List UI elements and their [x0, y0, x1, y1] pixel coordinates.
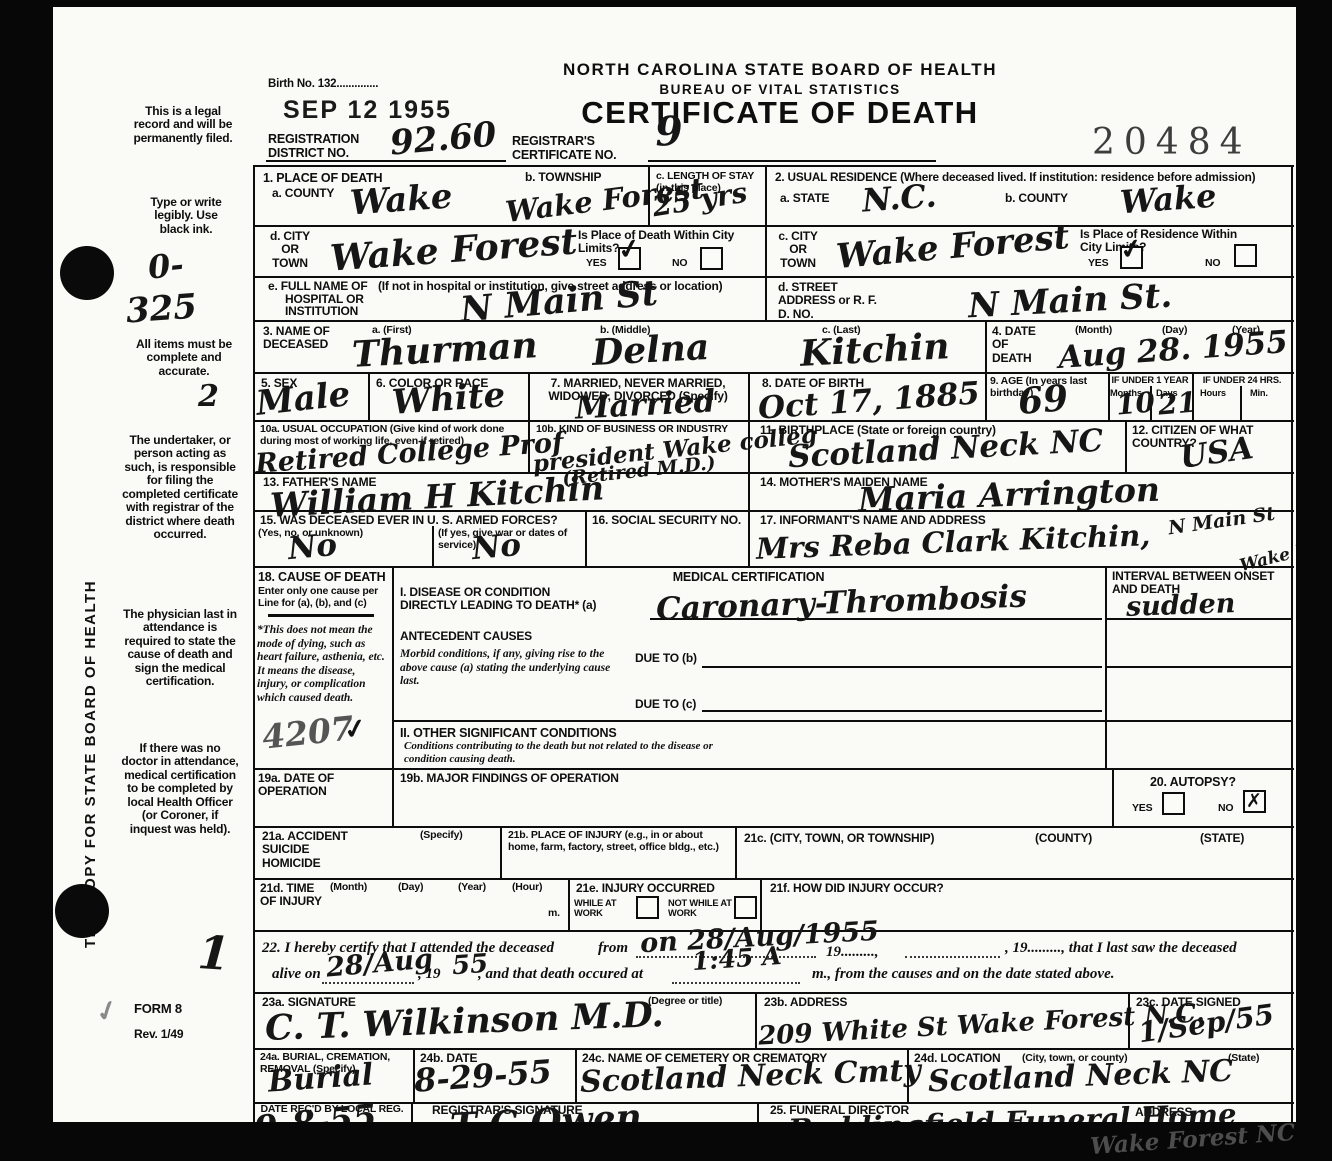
injury-state-label: (STATE)	[1200, 832, 1244, 845]
hours-label: Hours	[1200, 388, 1226, 398]
burial-value: Burial	[267, 1060, 374, 1097]
armed-forces-divider	[432, 526, 434, 566]
registration-district-value: 92.60	[389, 117, 498, 160]
date-of-death-title: 4. DATE OF DEATH	[992, 325, 1046, 365]
residence-city-label: c. CITY OR TOWN	[772, 230, 824, 270]
street-address-value: N Main St.	[967, 279, 1173, 324]
margin-note-no-doctor: If there was no doctor in attendance, me…	[120, 742, 240, 836]
registrar-certificate-line	[648, 160, 936, 162]
residence-limits-no-label: NO	[1205, 258, 1220, 270]
certification-text-3: m., from the causes and on the date stat…	[812, 966, 1115, 983]
armed-forces-yesno-value: No	[287, 530, 339, 565]
hours-min-divider	[1240, 386, 1242, 420]
birth-no-label: Birth No. 132..............	[268, 78, 378, 91]
interval-line-1	[1107, 618, 1292, 620]
death-month-label: (Month)	[1075, 325, 1112, 337]
how-injury-label: 21f. HOW DID INJURY OCCUR?	[770, 882, 943, 895]
not-while-at-work-label: NOT WHILE AT WORK	[668, 898, 732, 919]
accident-specify-label: (Specify)	[420, 830, 463, 842]
time-of-injury-label: 21d. TIME OF INJURY	[260, 882, 322, 909]
form-number: FORM 8	[134, 1002, 182, 1017]
interval-line-3	[1107, 720, 1292, 722]
death-limits-yes-label: YES	[586, 258, 606, 270]
disease-condition-label-2: DIRECTLY LEADING TO DEATH* (a)	[400, 599, 596, 612]
autopsy-no-xmark: ✗	[1246, 792, 1262, 811]
residence-limits-yes-label: YES	[1088, 258, 1108, 270]
burial-date-value: 8-29-55	[413, 1055, 553, 1097]
injury-year-label: (Year)	[458, 882, 486, 894]
physician-address-label: 23b. ADDRESS	[764, 996, 847, 1009]
autopsy-no-label: NO	[1218, 803, 1233, 815]
other-conditions-divider	[392, 720, 1105, 722]
certification-dots-3	[322, 982, 414, 984]
registration-district-line	[266, 160, 506, 162]
morbid-conditions-note: Morbid conditions, if any, giving rise t…	[400, 648, 632, 689]
margin-handwritten-2: 2	[198, 382, 219, 412]
residence-limits-yes-check: ✓	[1118, 234, 1145, 265]
first-name-value: Thurman	[351, 327, 538, 373]
residence-state-label: a. STATE	[780, 192, 829, 205]
cause-of-death-title: 18. CAUSE OF DEATH	[258, 570, 385, 584]
interval-value: sudden	[1126, 590, 1236, 621]
residence-limits-no-checkbox	[1234, 244, 1257, 267]
injury-county-label: (COUNTY)	[1035, 832, 1092, 845]
township-label: b. TOWNSHIP	[525, 171, 601, 184]
certification-death-at: , and that death occured at	[478, 966, 643, 983]
injury-city-label: 21c. (CITY, TOWN, OR TOWNSHIP)	[744, 832, 934, 845]
marital-status-value: Married	[574, 386, 716, 424]
residence-county-label: b. COUNTY	[1005, 192, 1068, 205]
autopsy-yes-label: YES	[1132, 803, 1152, 815]
interval-line-2	[1107, 666, 1292, 668]
place-of-injury-label: 21b. PLACE OF INJURY (e.g., in or about …	[508, 830, 730, 854]
cause-code-checkmark: ✓	[342, 714, 369, 745]
under-1-year-label: IF UNDER 1 YEAR	[1108, 375, 1192, 385]
cause-notes-divider	[268, 614, 374, 617]
scan-edge-left	[0, 0, 53, 1161]
registrar-certificate-label: REGISTRAR'S CERTIFICATE NO.	[512, 134, 642, 162]
margin-note-physician: The physician last in attendance is requ…	[122, 608, 238, 689]
months-value: 10	[1115, 388, 1156, 419]
margin-note-complete: All items must be complete and accurate.	[130, 338, 238, 378]
hole-punch-bottom	[55, 884, 109, 938]
injury-hour-label: (Hour)	[512, 882, 542, 894]
residence-county-value: Wake	[1119, 180, 1217, 219]
certification-alive-on: alive on	[272, 966, 321, 983]
board-title: NORTH CAROLINA STATE BOARD OF HEALTH	[450, 60, 1110, 79]
registrar-certificate-value: 9	[654, 111, 684, 152]
under-24-hrs-label: IF UNDER 24 HRS.	[1192, 375, 1292, 385]
county-label: a. COUNTY	[272, 187, 334, 200]
margin-handwritten-0: 0-	[146, 248, 185, 284]
margin-handwritten-1: 1	[196, 929, 231, 977]
certification-time-value: 1:45 A	[691, 943, 782, 974]
hospital-label-3: INSTITUTION	[285, 305, 358, 318]
certification-from-struck: from	[598, 940, 628, 957]
injury-occurred-label: 21e. INJURY OCCURRED	[576, 882, 715, 895]
major-findings-label: 19b. MAJOR FINDINGS OF OPERATION	[400, 772, 619, 785]
certification-dots-2	[905, 956, 1000, 958]
armed-forces-label: 15. WAS DECEASED EVER IN U. S. ARMED FOR…	[260, 514, 557, 527]
due-to-c-label: DUE TO (c)	[635, 698, 696, 711]
while-at-work-checkbox	[636, 896, 659, 919]
street-address-label: d. STREET ADDRESS or R. F. D. NO.	[778, 281, 890, 321]
certification-19-text: , 19	[418, 966, 441, 983]
date-of-operation-label: 19a. DATE OF OPERATION	[258, 772, 383, 799]
death-certificate-scan: This is a legal record and will be perma…	[0, 0, 1332, 1161]
name-of-deceased-title: 3. NAME OF DECEASED	[263, 325, 353, 352]
certification-dots-4	[672, 982, 800, 984]
death-limits-no-label: NO	[672, 258, 687, 270]
residence-state-value: N.C.	[861, 179, 937, 216]
registration-district-label: REGISTRATION DISTRICT NO.	[268, 132, 386, 160]
due-to-b-line	[702, 666, 1102, 668]
form-revision: Rev. 1/49	[134, 1028, 183, 1041]
certificate-title: CERTIFICATE OF DEATH	[450, 96, 1110, 131]
county-value: Wake	[349, 179, 454, 220]
cause-of-death-instruction: Enter only one cause per Line for (a), (…	[258, 586, 386, 610]
middle-name-value: Delna	[591, 329, 710, 371]
color-race-value: White	[391, 378, 506, 420]
hole-punch-top	[60, 246, 114, 300]
due-to-c-line	[702, 710, 1102, 712]
autopsy-label: 20. AUTOPSY?	[1150, 775, 1236, 789]
age-value: 69	[1017, 380, 1070, 420]
margin-note-type-ink: Type or write legibly. Use black ink.	[138, 196, 234, 236]
armed-forces-war-value: No	[471, 530, 523, 565]
accident-suicide-label: 21a. ACCIDENT SUICIDE HOMICIDE	[262, 830, 354, 870]
margin-note-legal: This is a legal record and will be perma…	[128, 105, 238, 145]
last-name-value: Kitchin	[799, 328, 950, 372]
residence-limits-question: Is Place of Residence Within City Limits…	[1080, 228, 1258, 255]
injury-m-label: m.	[548, 908, 560, 920]
sex-value: Male	[254, 377, 351, 421]
death-limits-no-checkbox	[700, 247, 723, 270]
while-at-work-label: WHILE AT WORK	[574, 898, 634, 919]
death-city-label: d. CITY OR TOWN	[264, 230, 316, 270]
min-label: Min.	[1250, 388, 1268, 398]
margin-note-undertaker: The undertaker, or person acting as such…	[120, 434, 240, 542]
death-limits-yes-check: ✓	[616, 234, 643, 265]
margin-handwritten-325: 325	[125, 290, 198, 329]
due-to-b-label: DUE TO (b)	[635, 652, 697, 665]
injury-day-label: (Day)	[398, 882, 423, 894]
other-conditions-note: Conditions contributing to the death but…	[404, 740, 744, 766]
injury-month-label: (Month)	[330, 882, 367, 894]
certification-19-stub: 19.........,	[826, 944, 879, 961]
autopsy-yes-checkbox	[1162, 792, 1185, 815]
margin-vertical-copy-text: THIS COPY FOR STATE BOARD OF HEALTH	[82, 448, 99, 948]
other-conditions-title: II. OTHER SIGNIFICANT CONDITIONS	[400, 726, 617, 740]
antecedent-causes-label: ANTECEDENT CAUSES	[400, 630, 532, 643]
scan-edge-top	[0, 0, 1332, 7]
ssn-label: 16. SOCIAL SECURITY NO.	[592, 514, 742, 527]
scan-edge-right	[1296, 0, 1332, 1161]
not-while-at-work-checkbox	[734, 896, 757, 919]
certification-text-2: , 19........., that I last saw the decea…	[1005, 940, 1237, 957]
cause-of-death-footnote: *This does not mean the mode of dying, s…	[257, 624, 387, 705]
serial-number: 20484	[1092, 122, 1252, 163]
